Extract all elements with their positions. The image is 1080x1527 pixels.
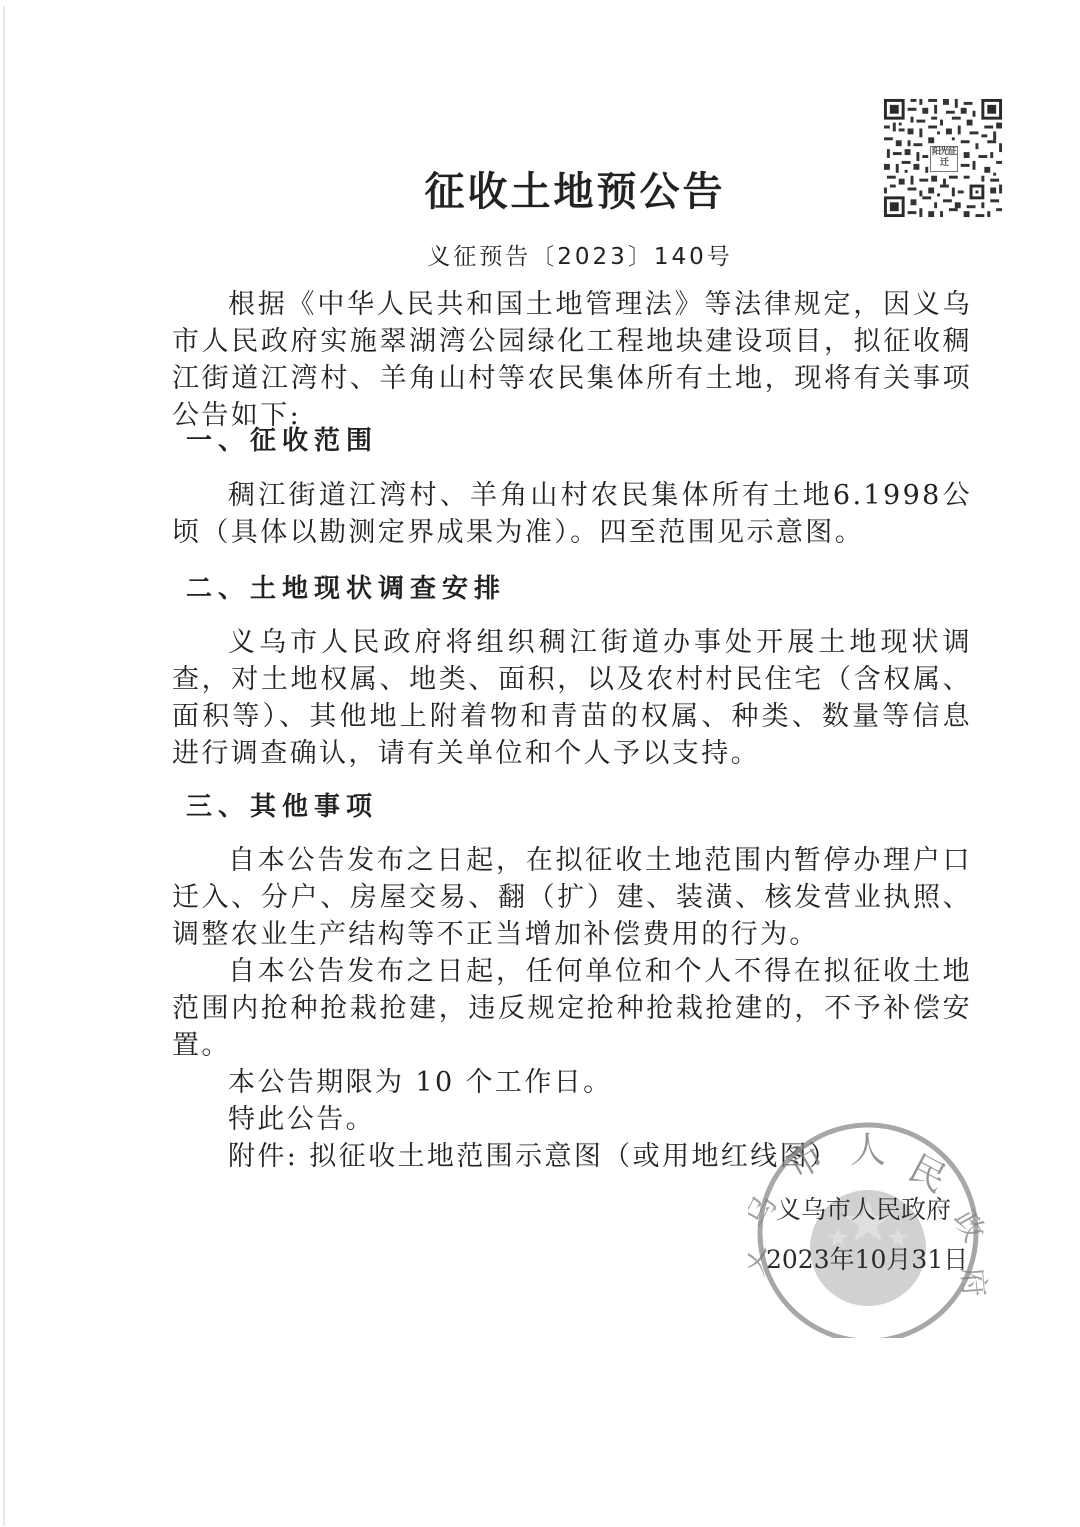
seal-emblem-icon: 市 人 民 乌 义 政 府 — [748, 1118, 988, 1338]
section-other-paragraph-1: 自本公告发布之日起，在拟征收土地范围内暂停办理户口迁入、分户、房屋交易、翻（扩）… — [172, 842, 972, 953]
svg-text:市: 市 — [780, 1134, 832, 1188]
intro-block: 根据《中华人民共和国土地管理法》等法律规定，因义乌市人民政府实施翠湖湾公园绿化工… — [172, 286, 972, 434]
section-other-paragraph-2: 自本公告发布之日起，任何单位和个人不得在拟征收土地范围内抢种抢栽抢建，违反规定抢… — [172, 953, 972, 1064]
document-number: 义征预告〔2023〕140号 — [0, 238, 1080, 271]
section-heading-scope: 一、征收范围 — [186, 420, 378, 457]
section-scope-body: 稠江街道江湾村、羊角山村农民集体所有土地6.1998公顷（具体以勘测定界成果为准… — [172, 477, 972, 551]
scan-page-edge — [3, 6, 5, 1526]
section-heading-survey: 二、土地现状调查安排 — [186, 568, 506, 605]
section-scope-paragraph: 稠江街道江湾村、羊角山村农民集体所有土地6.1998公顷（具体以勘测定界成果为准… — [172, 477, 972, 551]
signing-organization: 义乌市人民政府 — [776, 1190, 951, 1226]
section-survey-paragraph: 义乌市人民政府将组织稠江街道办事处开展土地现状调查，对土地权属、地类、面积，以及… — [172, 624, 972, 772]
document-title: 征收土地预公告 — [0, 160, 1080, 217]
section-heading-other: 三、其他事项 — [186, 786, 378, 823]
intro-paragraph: 根据《中华人民共和国土地管理法》等法律规定，因义乌市人民政府实施翠湖湾公园绿化工… — [172, 286, 972, 434]
notice-period-line: 本公告期限为 10 个工作日。 — [172, 1064, 972, 1101]
svg-text:人: 人 — [850, 1130, 886, 1171]
signing-date: 2023年10月31日 — [766, 1240, 968, 1276]
section-survey-body: 义乌市人民政府将组织稠江街道办事处开展土地现状调查，对土地权属、地类、面积，以及… — [172, 624, 972, 772]
official-seal: 市 人 民 乌 义 政 府 — [748, 1118, 988, 1338]
